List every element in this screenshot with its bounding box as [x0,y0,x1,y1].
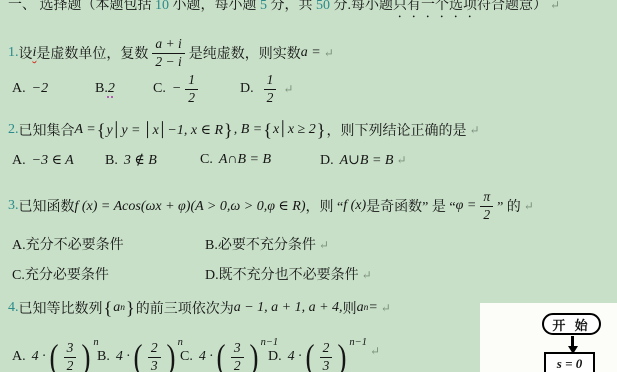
exam-document-page: 一、 选择题（本题包括 10 小题，每小题 5 分，共 50 分.每小题只有一个… [0,0,617,372]
question-1-number: 1. [8,45,19,61]
title-points-total: 50 [316,0,330,13]
pi-over-2-fraction: π2 [480,190,493,223]
flowchart-step-box: s = 0 [544,352,595,372]
flowchart-start-node: 开 始 [542,313,601,335]
q4-option-a: A.4 ·(32)n [12,336,99,372]
paragraph-mark-icon: ↵ [362,268,372,282]
title-question-count: 10 [155,0,169,13]
right-paren: ) [82,340,91,372]
option-b-expression: (23)n [132,340,183,372]
question-2-number: 2. [8,122,19,138]
left-paren: ( [216,340,225,372]
option-a-expression: (32)n [48,340,99,372]
question-3-number: 3. [8,198,19,214]
q1-option-c: C.−12 [153,70,202,108]
exponent: n−1 [349,337,367,348]
question-3-stem: 3.已知函数 f (x) = Acos(ωx + φ)(A > 0,ω > 0,… [8,184,534,228]
right-brace: } [316,120,327,141]
q3-option-c: C.充分必要条件 [12,264,109,284]
left-paren: ( [305,340,314,372]
question-4-number: 4. [8,300,19,316]
left-brace: { [103,298,114,319]
paragraph-mark-icon: ↵ [396,153,406,167]
left-brace: { [262,120,273,141]
complex-fraction: a + i2 − i [152,37,184,70]
option-c-fraction: 12 [185,73,198,106]
paragraph-mark-icon: ↵ [324,46,334,61]
left-paren: ( [49,340,58,372]
q4-option-c: C.4 ·(32)n−1 [180,336,278,372]
paragraph-mark-icon: ↵ [381,301,391,316]
left-brace: { [96,120,107,141]
section-title: 一、 选择题（本题包括 10 小题，每小题 5 分，共 50 分.每小题只有一个… [8,0,560,21]
paragraph-mark-icon: ↵ [524,199,534,214]
q3-option-b: B.必要不充分条件↵ [205,234,329,254]
left-paren: ( [133,340,142,372]
title-points-each: 5 [260,0,267,13]
q2-option-d: D.A∪B = B↵ [320,152,407,169]
option-d-fraction: 12 [264,73,277,106]
paragraph-mark-icon: ↵ [550,0,560,12]
q1-option-b: B.2 [95,70,115,108]
right-paren: ) [249,340,258,372]
right-paren: ) [338,340,347,372]
title-text: 一、 选择题（本题包括 [8,0,155,13]
q3-option-d: D.既不充分也不必要条件↵ [205,264,372,284]
paragraph-mark-icon: ↵ [370,344,380,359]
right-brace: } [125,298,136,319]
question-2-stem: 2.已知集合 A ={y│y = │x│−1, x ∈ R}, B ={x│x … [8,116,480,144]
q3-option-a: A.充分不必要条件 [12,234,124,254]
question-4-stem: 4.已知等比数列{an} 的前三项依次为a − 1, a + 1, a + 4,… [8,294,391,322]
option-d-expression: (23)n−1 [304,340,367,372]
q2-option-c: C.A∩B = B [200,152,271,168]
q4-option-b: B.4 ·(23)n [97,336,183,372]
q1-option-a: A.−2 [12,70,48,108]
right-brace: } [223,120,234,141]
q1-option-d: D.12↵ [240,70,293,108]
right-paren: ) [166,340,175,372]
q4-option-d: D.4 ·(23)n−1 ↵ [268,336,380,372]
paragraph-mark-icon: ↵ [469,123,479,138]
question-1-stem: 1.设 i 是虚数单位，复数a + i2 − i是纯虚数，则实数 a =↵ [8,31,334,75]
paragraph-mark-icon: ↵ [319,238,329,252]
flowchart-panel: 开 始 s = 0 [480,303,617,372]
title-emphasized-text: 只有一个选项 [393,0,477,13]
q2-option-b: B.3 ∉ B [105,152,157,169]
q2-option-a: A.−3 ∈ A [12,152,74,169]
paragraph-mark-icon: ↵ [283,82,293,97]
